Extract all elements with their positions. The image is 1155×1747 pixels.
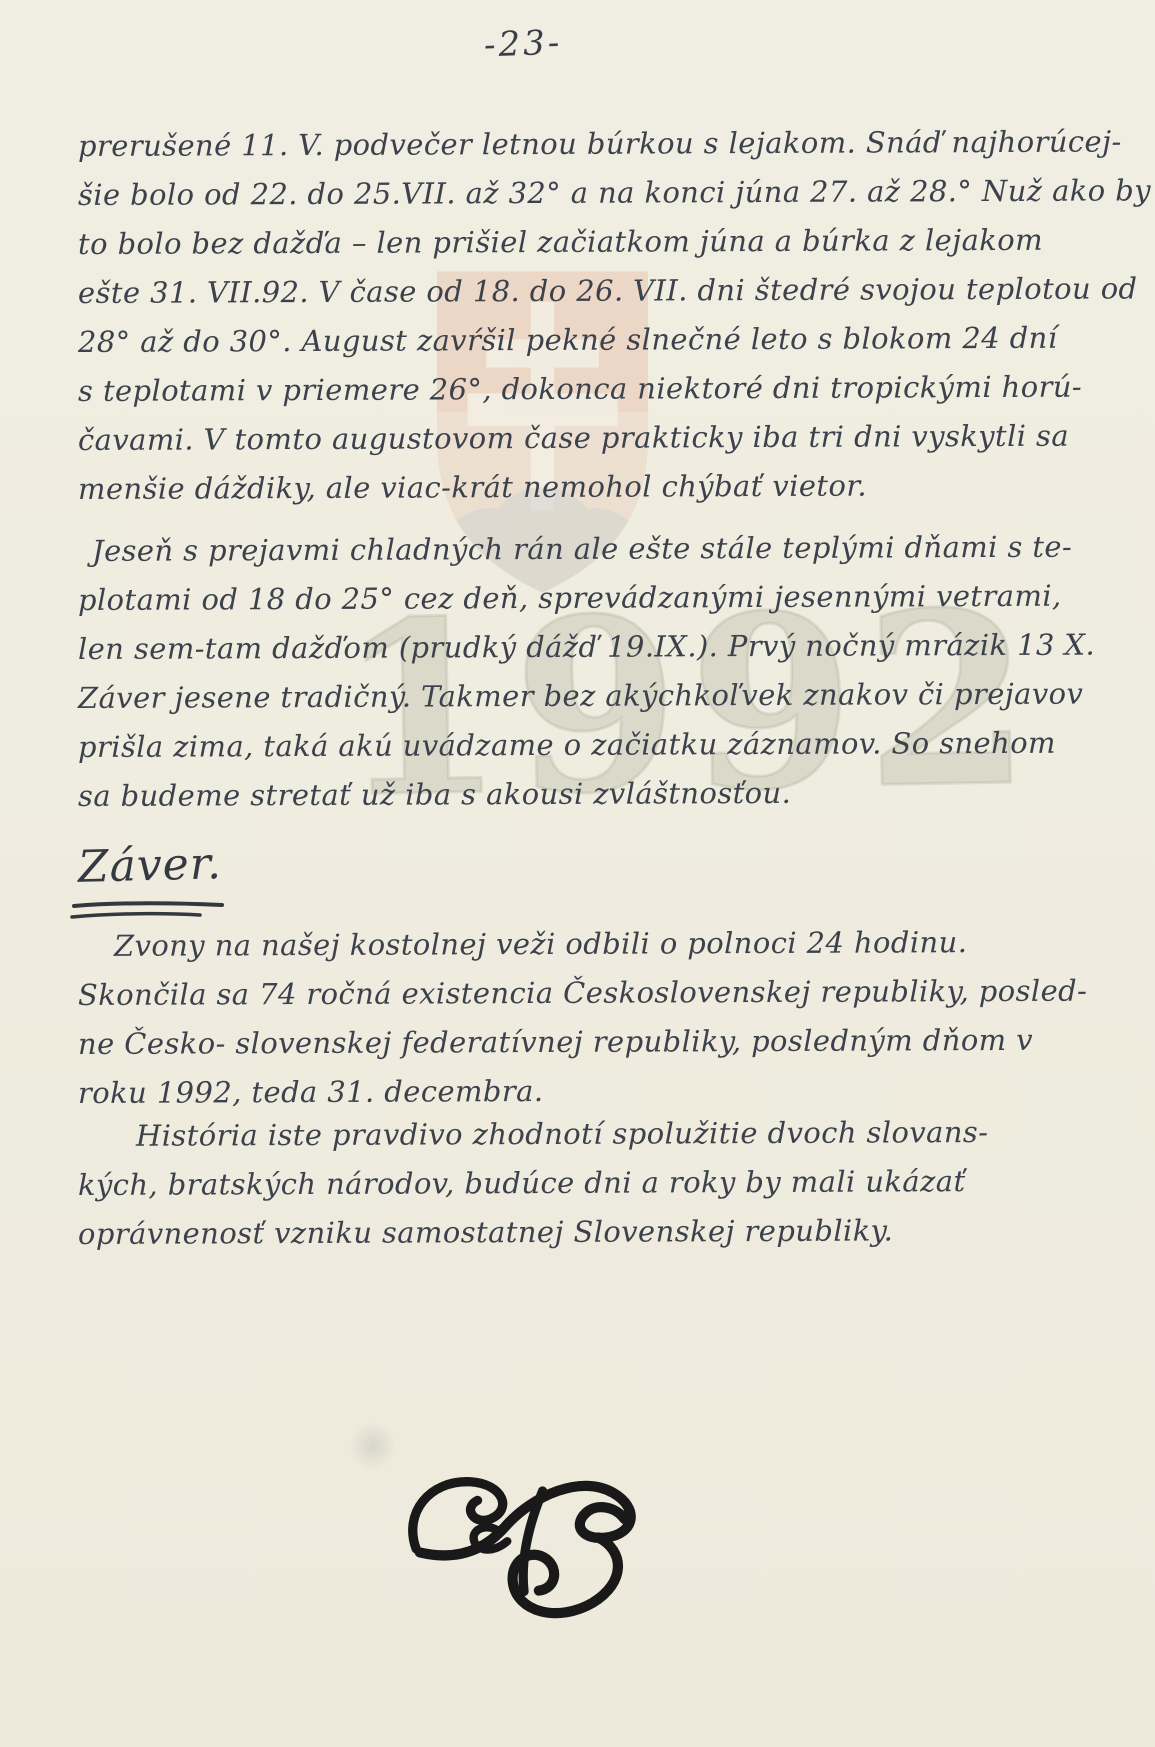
paragraph-autumn: Jeseň s prejavmi chladných rán ale ešte … — [78, 527, 1068, 821]
manuscript-line: to bolo bez dažďa – len prišiel začiatko… — [78, 216, 1068, 269]
manuscript-line: menšie dáždiky, ale viac-krát nemohol ch… — [78, 461, 1068, 514]
manuscript-line: kých, bratských národov, budúce dni a ro… — [78, 1157, 1068, 1210]
chronicle-page: -23- 1992 prerušené 11. V. podvečer letn… — [0, 0, 1155, 1747]
manuscript-line: čavami. V tomto augustovom čase praktick… — [78, 412, 1068, 465]
manuscript-line: šie bolo od 22. do 25.VII. až 32° a na k… — [78, 167, 1068, 220]
manuscript-line: len sem-tam dažďom (prudký dážď 19.IX.).… — [78, 621, 1068, 674]
manuscript-line: oprávnenosť vzniku samostatnej Slovenske… — [78, 1206, 1068, 1259]
manuscript-line: s teplotami v priemere 26°, dokonca niek… — [78, 363, 1068, 416]
manuscript-line: Skončila sa 74 ročná existencia Českoslo… — [78, 967, 1068, 1020]
manuscript-line: ešte 31. VII.92. V čase od 18. do 26. VI… — [78, 265, 1068, 318]
paragraph-closing: Zvony na našej kostolnej veži odbili o p… — [78, 922, 1068, 1118]
paragraph-history: História iste pravdivo zhodnotí spolužit… — [78, 1112, 1068, 1259]
calligraphic-monogram-icon — [402, 1452, 646, 1638]
paper-smudge — [350, 1422, 396, 1470]
manuscript-line: Záver jesene tradičný. Takmer bez akýchk… — [78, 670, 1068, 723]
manuscript-line: Zvony na našej kostolnej veži odbili o p… — [78, 918, 1068, 971]
manuscript-line: ne Česko- slovenskej federatívnej republ… — [78, 1016, 1068, 1069]
manuscript-line: sa budeme stretať už iba s akousi zvlášt… — [78, 768, 1068, 821]
closing-heading: Záver. — [77, 838, 222, 893]
page-number: -23- — [483, 23, 563, 66]
paragraph-weather: prerušené 11. V. podvečer letnou búrkou … — [78, 122, 1068, 514]
heading-underline — [70, 898, 230, 924]
manuscript-line: prišla zima, taká akú uvádzame o začiatk… — [78, 719, 1068, 772]
manuscript-line: plotami od 18 do 25° cez deň, sprevádzan… — [78, 572, 1068, 625]
manuscript-line: 28° až do 30°. August zavŕšil pekné slne… — [78, 314, 1068, 367]
manuscript-line: Jeseň s prejavmi chladných rán ale ešte … — [78, 523, 1068, 576]
manuscript-line: prerušené 11. V. podvečer letnou búrkou … — [78, 118, 1068, 171]
manuscript-line: História iste pravdivo zhodnotí spolužit… — [78, 1108, 1068, 1161]
